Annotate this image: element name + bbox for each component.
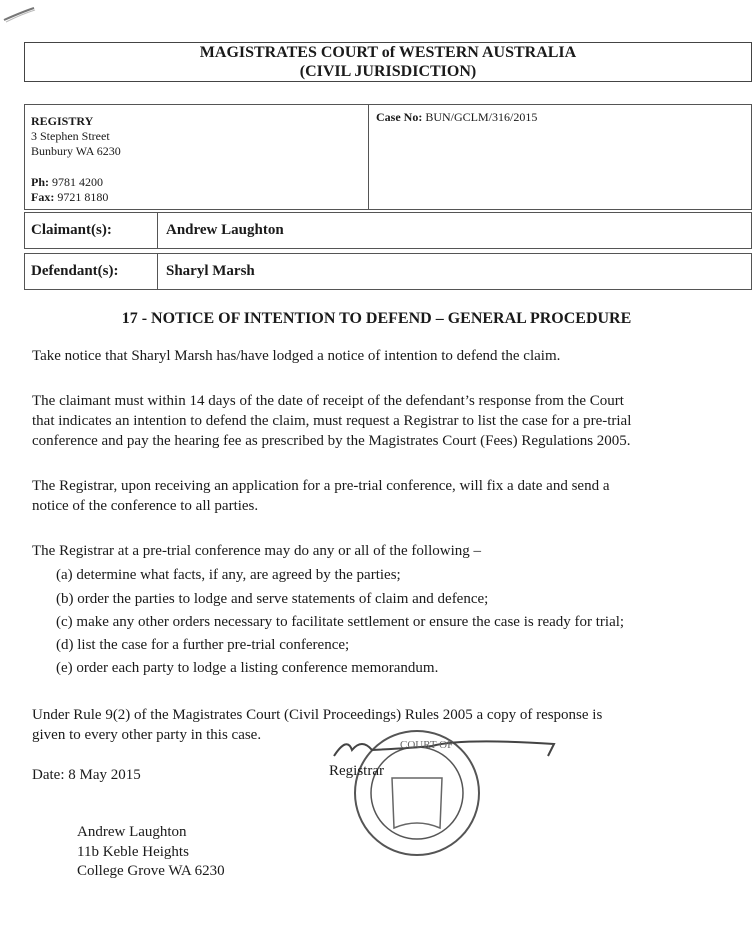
list-item: (a) determine what facts, if any, are ag… xyxy=(56,565,401,585)
registry-phone: Ph: 9781 4200 xyxy=(25,175,368,190)
list-item: (e) order each party to lodge a listing … xyxy=(56,658,438,678)
jurisdiction: (CIVIL JURISDICTION) xyxy=(25,62,751,81)
defendant-name: Sharyl Marsh xyxy=(166,254,255,289)
registry-box: REGISTRY 3 Stephen Street Bunbury WA 623… xyxy=(24,104,752,210)
list-item: (d) list the case for a further pre-tria… xyxy=(56,635,349,655)
addressee-locality: College Grove WA 6230 xyxy=(77,861,225,881)
list-item: (c) make any other orders necessary to f… xyxy=(56,612,624,632)
notice-title: 17 - NOTICE OF INTENTION TO DEFEND – GEN… xyxy=(0,310,753,328)
svg-text:COURT OF: COURT OF xyxy=(400,739,453,751)
court-seal-icon: COURT OF xyxy=(322,728,562,858)
registrar-label: Registrar xyxy=(329,763,384,780)
registry-address-2: Bunbury WA 6230 xyxy=(25,144,368,159)
addressee-street: 11b Keble Heights xyxy=(77,842,189,862)
registry-title: REGISTRY xyxy=(25,114,368,129)
notice-para-3: The Registrar, upon receiving an applica… xyxy=(32,476,732,516)
notice-para-1: Take notice that Sharyl Marsh has/have l… xyxy=(32,346,732,366)
defendant-label: Defendant(s): xyxy=(25,254,158,289)
claimant-name: Andrew Laughton xyxy=(166,213,284,248)
notice-para-2: The claimant must within 14 days of the … xyxy=(32,391,732,451)
staple-mark xyxy=(2,4,52,24)
court-name: MAGISTRATES COURT of WESTERN AUSTRALIA xyxy=(25,43,751,62)
defendant-row: Defendant(s): Sharyl Marsh xyxy=(24,253,752,290)
court-header: MAGISTRATES COURT of WESTERN AUSTRALIA (… xyxy=(24,42,752,82)
list-item: (b) order the parties to lodge and serve… xyxy=(56,589,488,609)
registry-details: REGISTRY 3 Stephen Street Bunbury WA 623… xyxy=(25,105,369,209)
notice-para-4: The Registrar at a pre-trial conference … xyxy=(32,541,732,561)
registry-fax: Fax: 9721 8180 xyxy=(25,190,368,205)
claimant-row: Claimant(s): Andrew Laughton xyxy=(24,212,752,249)
case-number: Case No: BUN/GCLM/316/2015 xyxy=(376,110,537,125)
registry-address-1: 3 Stephen Street xyxy=(25,129,368,144)
claimant-label: Claimant(s): xyxy=(25,213,158,248)
addressee-name: Andrew Laughton xyxy=(77,822,187,842)
